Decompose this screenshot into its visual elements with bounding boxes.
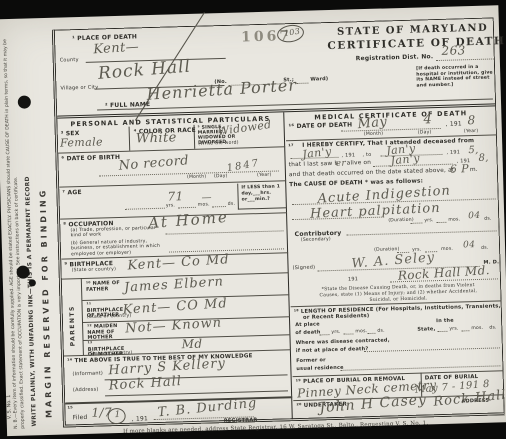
marital-sub-label: (Write the word) <box>198 141 239 147</box>
filed-stamp-circle: 1 <box>107 408 125 424</box>
residence-label2: or Recent Residents) <box>303 313 370 321</box>
age-mos-label: mos. <box>198 202 210 207</box>
filed-year-printed: , 191 <box>132 415 148 422</box>
informant-address-value: Rock Hall <box>108 374 182 394</box>
death-day-label: (Day) <box>418 130 432 135</box>
village-label: Village or City <box>60 84 98 91</box>
death-year-value: 8 <box>467 113 475 127</box>
occupation-b-label: (b) General nature of industry, business… <box>71 239 171 258</box>
signed-label: (Signed) <box>292 265 315 272</box>
race-value: White <box>136 130 177 146</box>
contracted-label2: if not at place of death? <box>296 346 369 354</box>
death-year-label: (Year) <box>464 129 479 134</box>
at-place-label: At place <box>295 321 320 328</box>
death-month-label: (Month) <box>364 132 384 138</box>
state-yrs-label: yrs. <box>449 327 458 332</box>
registrar-label: REGISTRAR <box>224 417 258 424</box>
rule-line <box>178 207 196 209</box>
occurred-time-value: 6 P <box>450 162 469 176</box>
occurred-m-label: m. <box>470 167 478 173</box>
birthplace-sub-label: (State or country) <box>71 267 116 273</box>
contracted-label: Where was disease contracted, <box>296 337 390 346</box>
duration-mos-label: mos. <box>448 217 460 222</box>
rule-line <box>296 83 308 84</box>
hospital-note: [If death occurred in a hospital or inst… <box>416 64 495 89</box>
personal-statistical-section: PERSONAL AND STATISTICAL PARTICULARS ³ S… <box>57 112 292 425</box>
age-label: ⁷ AGE <box>62 189 82 197</box>
state-ds-label: ds. <box>489 325 497 330</box>
informant-address-label: (Address) <box>73 387 99 394</box>
filed-stamp-value: 1 <box>114 410 120 420</box>
last-saw-her: er <box>336 159 347 169</box>
duration2-label: (Duration) <box>374 247 400 253</box>
mother-name-value: Not— Known <box>125 315 223 336</box>
rule-line <box>125 208 165 210</box>
of-death-label: of death <box>295 329 320 336</box>
rule-line <box>340 365 500 370</box>
dob-day-label: (Day) <box>214 174 228 179</box>
filed-item-number: ¹⁵ <box>67 405 73 412</box>
rule-line <box>166 230 284 234</box>
parents-strip: PARENTS <box>62 278 84 356</box>
state-residence-label: State, <box>417 326 435 333</box>
certificate-title: CERTIFICATE OF DEATH <box>327 35 505 52</box>
father-name-value: James Elbern <box>124 274 225 295</box>
certificate-paper: N. B.—Every item of information should b… <box>0 5 506 436</box>
rule-line <box>410 222 422 223</box>
age-ds-label: ds. <box>228 202 236 207</box>
right-section-title: MEDICAL CERTIFICATE OF DEATH <box>285 108 496 122</box>
duration2-value: 04 <box>463 240 476 250</box>
rule-line <box>437 331 447 332</box>
medical-certificate-section: MEDICAL CERTIFICATE OF DEATH ¹⁶ DATE OF … <box>285 106 504 419</box>
rule-line <box>461 330 469 331</box>
duration-value: 04 <box>468 211 481 221</box>
death-day-value: 4 <box>423 112 432 127</box>
death-year-printed: , 191 <box>446 120 462 127</box>
reg-dist-value: 263 <box>441 43 465 58</box>
rule-line <box>367 333 375 334</box>
county-value: Kent— <box>93 40 140 58</box>
rule-line <box>373 164 453 167</box>
rule-line <box>436 222 446 223</box>
sex-value: Female <box>60 135 103 149</box>
rule-line <box>364 347 500 352</box>
duration2-mos-label: mos. <box>441 247 453 252</box>
former-label: Former or <box>296 357 326 364</box>
date-of-death-label: ¹⁶ DATE OF DEATH <box>289 121 353 130</box>
signature-year-printed: 191 <box>348 276 358 282</box>
to-year-value: 5, <box>468 145 479 156</box>
form-header: ¹ PLACE OF DEATH 1067 103 STATE OF MARYL… <box>55 18 495 118</box>
occurred-text: and that death occurred on the date stat… <box>289 168 455 179</box>
filed-label: Filed <box>73 414 88 421</box>
res-yrs-label: yrs. <box>331 330 340 335</box>
punch-hole-small <box>29 279 36 286</box>
secondary-label: (Secondary) <box>301 237 331 243</box>
father-name-label: ¹⁰ NAME OF FATHER <box>86 281 122 293</box>
dob-value: No record <box>118 153 189 174</box>
last-saw-mid: alive on <box>347 160 372 167</box>
binding-margin: N. B.—Every item of information should b… <box>0 5 498 19</box>
rule-line <box>436 58 494 61</box>
last-saw-pre: that I last saw h <box>289 161 339 168</box>
duration-ds-label: ds. <box>484 217 492 222</box>
occupation-value: At Home <box>148 208 230 232</box>
dob-label: ⁶ DATE OF BIRTH <box>61 154 120 163</box>
circled-number-value: 103 <box>283 27 301 39</box>
in-the-label: In the <box>436 318 454 324</box>
age-yrs-label: yrs. <box>166 203 175 208</box>
to-year-printed: , 191 <box>446 149 460 155</box>
reg-dist-label: Registration Dist. No. <box>356 53 434 62</box>
certify-item-number: ¹⁷ <box>288 143 294 150</box>
rule-line <box>343 333 353 334</box>
duration2-ds-label: ds. <box>481 246 489 251</box>
mother-birthplace-value: Md <box>181 337 202 352</box>
age-less-than-day-box: If LESS than 1 day,___hrs. or___min.? <box>237 182 287 209</box>
age-years-value: 71 <box>167 189 183 203</box>
last-saw-year-value: 8, <box>478 153 489 164</box>
certificate-form: ¹ PLACE OF DEATH 1067 103 STATE OF MARYL… <box>52 17 505 427</box>
county-label: County <box>60 57 79 64</box>
rule-line <box>347 230 497 235</box>
former-label2: usual residence <box>296 365 344 372</box>
res-ds-label: ds. <box>377 329 385 334</box>
parents-label: PARENTS <box>68 290 77 346</box>
duration-yrs-label: yrs. <box>424 218 433 223</box>
res-mos-label: mos. <box>355 329 367 334</box>
informant-label: (Informant) <box>72 370 103 377</box>
dob-month-label: (Month) <box>187 175 207 181</box>
punch-hole-top <box>18 95 31 108</box>
margin-binding-title: MARGIN RESERVED FOR BINDING <box>35 58 54 418</box>
dob-year-label: (Year) <box>257 173 272 178</box>
to-label: , to <box>362 152 371 158</box>
rule-line <box>319 334 329 335</box>
ward-label: Ward) <box>310 76 328 83</box>
state-mos-label: mos. <box>471 326 483 331</box>
